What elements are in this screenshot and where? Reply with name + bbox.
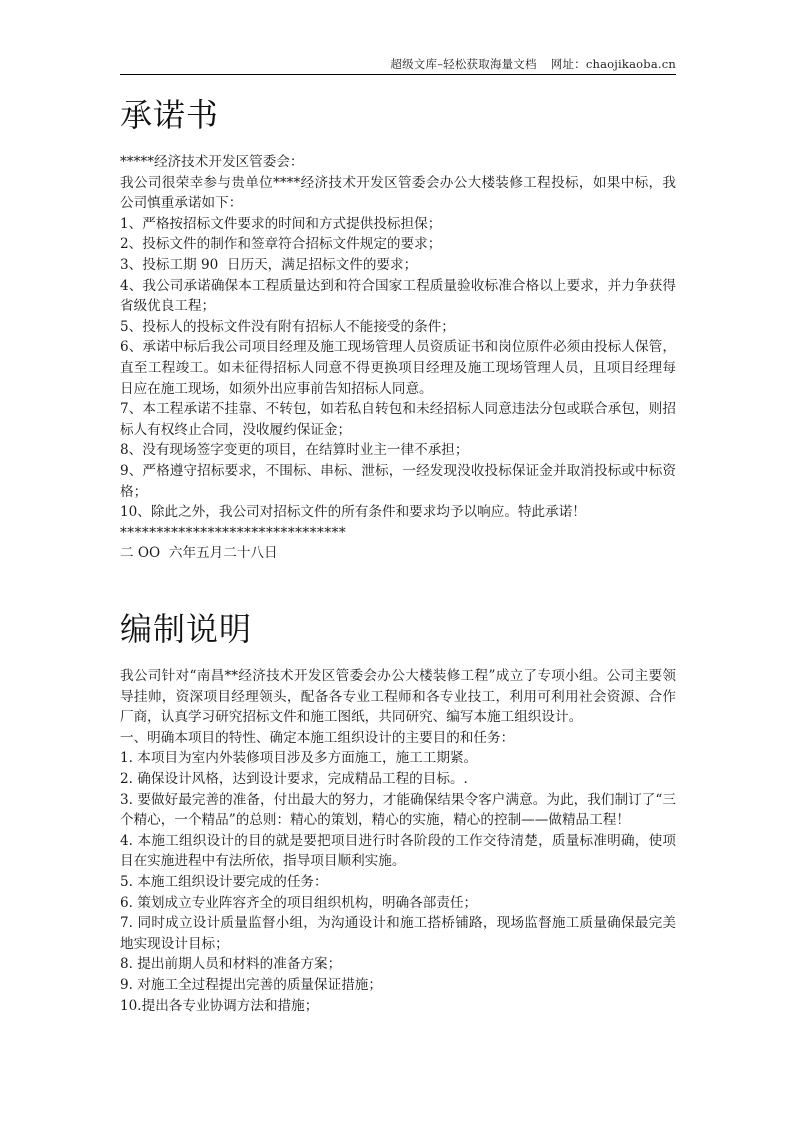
- site-url: chaojikaoba.cn: [586, 57, 676, 71]
- notes-item-4: 4. 本施工组织设计的目的就是要把项目进行时各阶段的工作交待清楚，质量标准明确，…: [120, 831, 676, 872]
- url-label: 网址：: [551, 57, 586, 71]
- addressee: *****经济技术开发区管委会：: [120, 152, 676, 173]
- commitment-body: *****经济技术开发区管委会： 我公司很荣幸参与贵单位****经济技术开发区管…: [120, 152, 676, 564]
- notes-intro: 我公司针对“南昌**经济技术开发区管委会办公大楼装修工程”成立了专项小组。公司主…: [120, 666, 676, 728]
- intro-paragraph: 我公司很荣幸参与贵单位****经济技术开发区管委会办公大楼装修工程投标，如果中标…: [120, 173, 676, 214]
- commitment-item-5: 5、投标人的投标文件没有附有招标人不能接受的条件；: [120, 317, 676, 338]
- commitment-item-4: 4、我公司承诺确保本工程质量达到和符合国家工程质量验收标准合格以上要求，并力争获…: [120, 276, 676, 317]
- commitment-item-6: 6、承诺中标后我公司项目经理及施工现场管理人员资质证书和岗位原件必须由投标人保管…: [120, 337, 676, 399]
- running-header: 超级文库–轻松获取海量文档网址：chaojikaoba.cn: [390, 56, 676, 72]
- commitment-item-10: 10、除此之外，我公司对招标文件的所有条件和要求均予以响应。特此承诺！: [120, 502, 676, 523]
- header-rule: [120, 74, 676, 75]
- commitment-item-8: 8、没有现场签字变更的项目，在结算时业主一律不承担；: [120, 440, 676, 461]
- notes-item-10: 10.提出各专业协调方法和措施；: [120, 996, 676, 1017]
- signing-date: 二 OO 六年五月二十八日: [120, 543, 676, 564]
- notes-item-5: 5. 本施工组织设计要完成的任务：: [120, 872, 676, 893]
- notes-item-2: 2. 确保设计风格，达到设计要求，完成精品工程的目标。.: [120, 769, 676, 790]
- notes-item-8: 8. 提出前期人员和材料的准备方案；: [120, 954, 676, 975]
- commitment-item-2: 2、投标文件的制作和签章符合招标文件规定的要求；: [120, 234, 676, 255]
- notes-item-3: 3. 要做好最完善的准备，付出最大的努力，才能确保结果令客户满意。为此，我们制订…: [120, 790, 676, 831]
- commitment-item-7: 7、本工程承诺不挂靠、不转包，如若私自转包和未经招标人同意违法分包或联合承包，则…: [120, 399, 676, 440]
- commitment-item-3: 3、投标工期 90 日历天，满足招标文件的要求；: [120, 255, 676, 276]
- notes-item-6: 6. 策划成立专业阵容齐全的项目组织机构，明确各部责任；: [120, 893, 676, 914]
- notes-item-7: 7. 同时成立设计质量监督小组，为沟通设计和施工搭桥铺路，现场监督施工质量确保最…: [120, 913, 676, 954]
- notes-heading-1: 一、明确本项目的特性、确定本施工组织设计的主要目的和任务：: [120, 728, 676, 749]
- notes-item-1: 1. 本项目为室内外装修项目涉及多方面施工，施工工期紧。: [120, 748, 676, 769]
- commitment-title: 承诺书: [120, 95, 219, 135]
- notes-item-9: 9. 对施工全过程提出完善的质量保证措施；: [120, 975, 676, 996]
- signature-placeholder: *******************************: [120, 523, 676, 544]
- site-name: 超级文库–轻松获取海量文档: [390, 57, 536, 71]
- compilation-notes-title: 编制说明: [120, 609, 252, 649]
- commitment-item-9: 9、严格遵守招标要求，不围标、串标、泄标，一经发现没收投标保证金并取消投标或中标…: [120, 461, 676, 502]
- commitment-item-1: 1、严格按招标文件要求的时间和方式提供投标担保；: [120, 214, 676, 235]
- compilation-notes-body: 我公司针对“南昌**经济技术开发区管委会办公大楼装修工程”成立了专项小组。公司主…: [120, 666, 676, 1016]
